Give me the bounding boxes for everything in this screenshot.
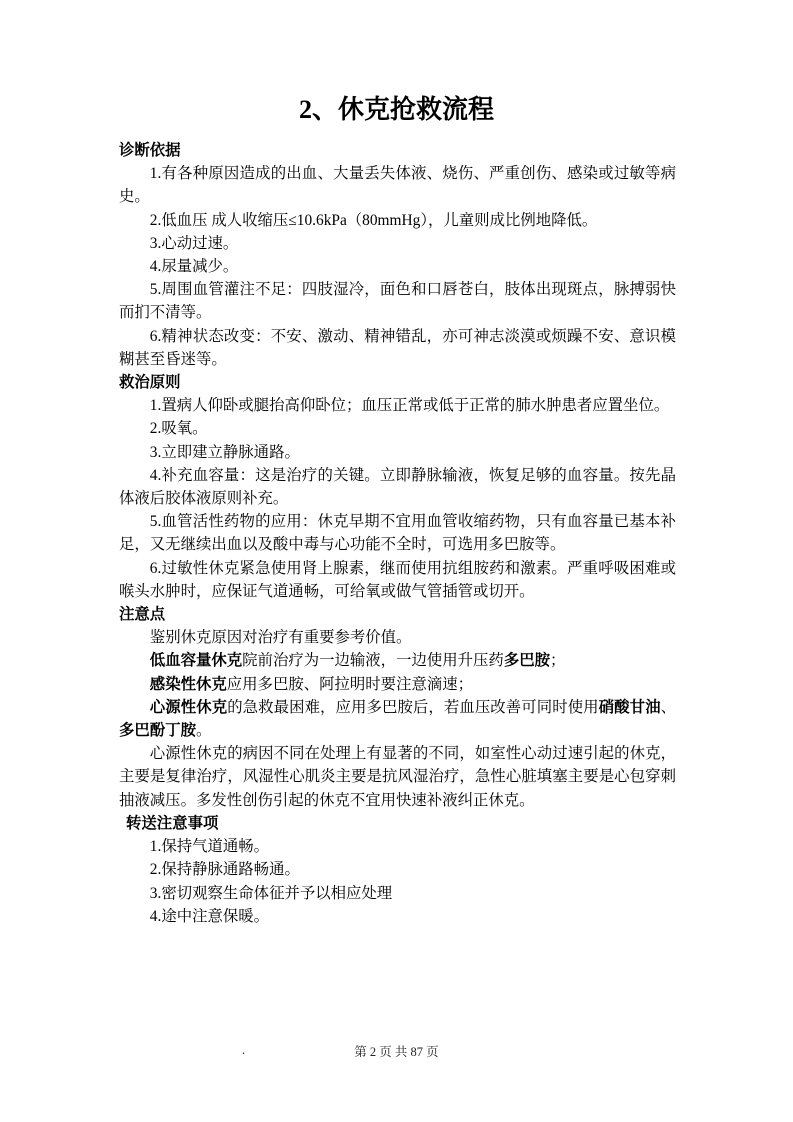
document-page: 2、休克抢救流程 诊断依据1.有各种原因造成的出血、大量丢失体液、烧伤、严重创伤… — [0, 0, 793, 1122]
paragraph: 1.保持气道通畅。 — [119, 835, 676, 858]
bold-run: 心源性休克 — [150, 699, 227, 716]
paragraph: 2.低血压 成人收缩压≤10.6kPa（80mmHg），儿童则成比例地降低。 — [119, 209, 676, 232]
text-run: 1.有各种原因造成的出血、大量丢失体液、烧伤、严重创伤、感染或过敏等病史。 — [119, 165, 676, 205]
document-body: 诊断依据1.有各种原因造成的出血、大量丢失体液、烧伤、严重创伤、感染或过敏等病史… — [119, 139, 676, 928]
text-run: 的急救最困难，应用多巴胺后，若血压改善可同时使用 — [227, 699, 598, 716]
text-run: 2.保持静脉通路畅通。 — [150, 861, 300, 878]
text-run: 6.精神状态改变：不安、激动、精神错乱，亦可神志淡漠或烦躁不安、意识模糊甚至昏迷… — [119, 328, 676, 368]
text-run: 院前治疗为一边输液，一边使用升压药 — [242, 652, 504, 669]
bold-run: 多巴胺 — [504, 652, 550, 669]
text-run: 5.周围血管灌注不足：四肢湿冷，面色和口唇苍白，肢体出现斑点，脉搏弱快而扪不清等… — [119, 281, 676, 321]
text-run: 。 — [196, 722, 211, 739]
text-run: 、 — [661, 699, 676, 716]
section-heading: 救治原则 — [119, 371, 676, 394]
text-run: 1.置病人仰卧或腿抬高仰卧位；血压正常或低于正常的肺水肿患者应置坐位。 — [150, 397, 669, 414]
paragraph: 1.有各种原因造成的出血、大量丢失体液、烧伤、严重创伤、感染或过敏等病史。 — [119, 162, 676, 208]
paragraph: 1.置病人仰卧或腿抬高仰卧位；血压正常或低于正常的肺水肿患者应置坐位。 — [119, 394, 676, 417]
paragraph: 4.途中注意保暖。 — [119, 905, 676, 928]
text-run: 5.血管活性药物的应用：休克早期不宜用血管收缩药物，只有血容量已基本补足，又无继… — [119, 513, 676, 553]
text-run: 鉴别休克原因对治疗有重要参考价值。 — [150, 629, 412, 646]
paragraph: 低血容量休克院前治疗为一边输液，一边使用升压药多巴胺； — [119, 649, 676, 672]
text-run: ； — [550, 652, 565, 669]
section-heading: 诊断依据 — [119, 139, 676, 162]
text-run: 2.吸氧。 — [150, 420, 208, 437]
text-run: 3.心动过速。 — [150, 235, 239, 252]
paragraph: 6.过敏性休克紧急使用肾上腺素，继而使用抗组胺药和激素。严重呼吸困难或喉头水肿时… — [119, 557, 676, 603]
section-heading: 转送注意事项 — [119, 812, 676, 835]
paragraph: 4.尿量减少。 — [119, 255, 676, 278]
paragraph: 6.精神状态改变：不安、激动、精神错乱，亦可神志淡漠或烦躁不安、意识模糊甚至昏迷… — [119, 325, 676, 371]
text-run: 4.尿量减少。 — [150, 258, 239, 275]
bold-run: 感染性休克 — [150, 676, 227, 693]
text-run: 心源性休克的病因不同在处理上有显著的不同，如室性心动过速引起的休克，主要是复律治… — [119, 745, 676, 808]
footer-page-number: 第 2 页 共 87 页 — [0, 1044, 793, 1060]
paragraph: 3.心动过速。 — [119, 232, 676, 255]
paragraph: 心源性休克的病因不同在处理上有显著的不同，如室性心动过速引起的休克，主要是复律治… — [119, 742, 676, 812]
paragraph: 4.补充血容量：这是治疗的关键。立即静脉输液，恢复足够的血容量。按先晶体液后胶体… — [119, 464, 676, 510]
bold-run: 硝酸甘油 — [599, 699, 661, 716]
text-run: 4.途中注意保暖。 — [150, 908, 269, 925]
paragraph: 2.吸氧。 — [119, 417, 676, 440]
paragraph: 5.血管活性药物的应用：休克早期不宜用血管收缩药物，只有血容量已基本补足，又无继… — [119, 510, 676, 556]
paragraph: 心源性休克的急救最困难，应用多巴胺后，若血压改善可同时使用硝酸甘油、多巴酚丁胺。 — [119, 696, 676, 742]
section-heading: 注意点 — [119, 603, 676, 626]
bold-run: 低血容量休克 — [150, 652, 242, 669]
text-run: 3.密切观察生命体征并予以相应处理 — [150, 885, 392, 902]
paragraph: 3.密切观察生命体征并予以相应处理 — [119, 882, 676, 905]
paragraph: 5.周围血管灌注不足：四肢湿冷，面色和口唇苍白，肢体出现斑点，脉搏弱快而扪不清等… — [119, 278, 676, 324]
text-run: 4.补充血容量：这是治疗的关键。立即静脉输液，恢复足够的血容量。按先晶体液后胶体… — [119, 467, 676, 507]
text-run: 1.保持气道通畅。 — [150, 838, 269, 855]
text-run: 应用多巴胺、阿拉明时要注意滴速； — [227, 676, 473, 693]
text-run: 3.立即建立静脉通路。 — [150, 444, 300, 461]
page-title: 2、休克抢救流程 — [0, 92, 793, 128]
paragraph: 3.立即建立静脉通路。 — [119, 441, 676, 464]
text-run: 6.过敏性休克紧急使用肾上腺素，继而使用抗组胺药和激素。严重呼吸困难或喉头水肿时… — [119, 560, 676, 600]
text-run: 2.低血压 成人收缩压≤10.6kPa（80mmHg），儿童则成比例地降低。 — [150, 212, 598, 229]
paragraph: 2.保持静脉通路畅通。 — [119, 858, 676, 881]
bold-run: 多巴酚丁胺 — [119, 722, 196, 739]
paragraph: 感染性休克应用多巴胺、阿拉明时要注意滴速； — [119, 673, 676, 696]
paragraph: 鉴别休克原因对治疗有重要参考价值。 — [119, 626, 676, 649]
